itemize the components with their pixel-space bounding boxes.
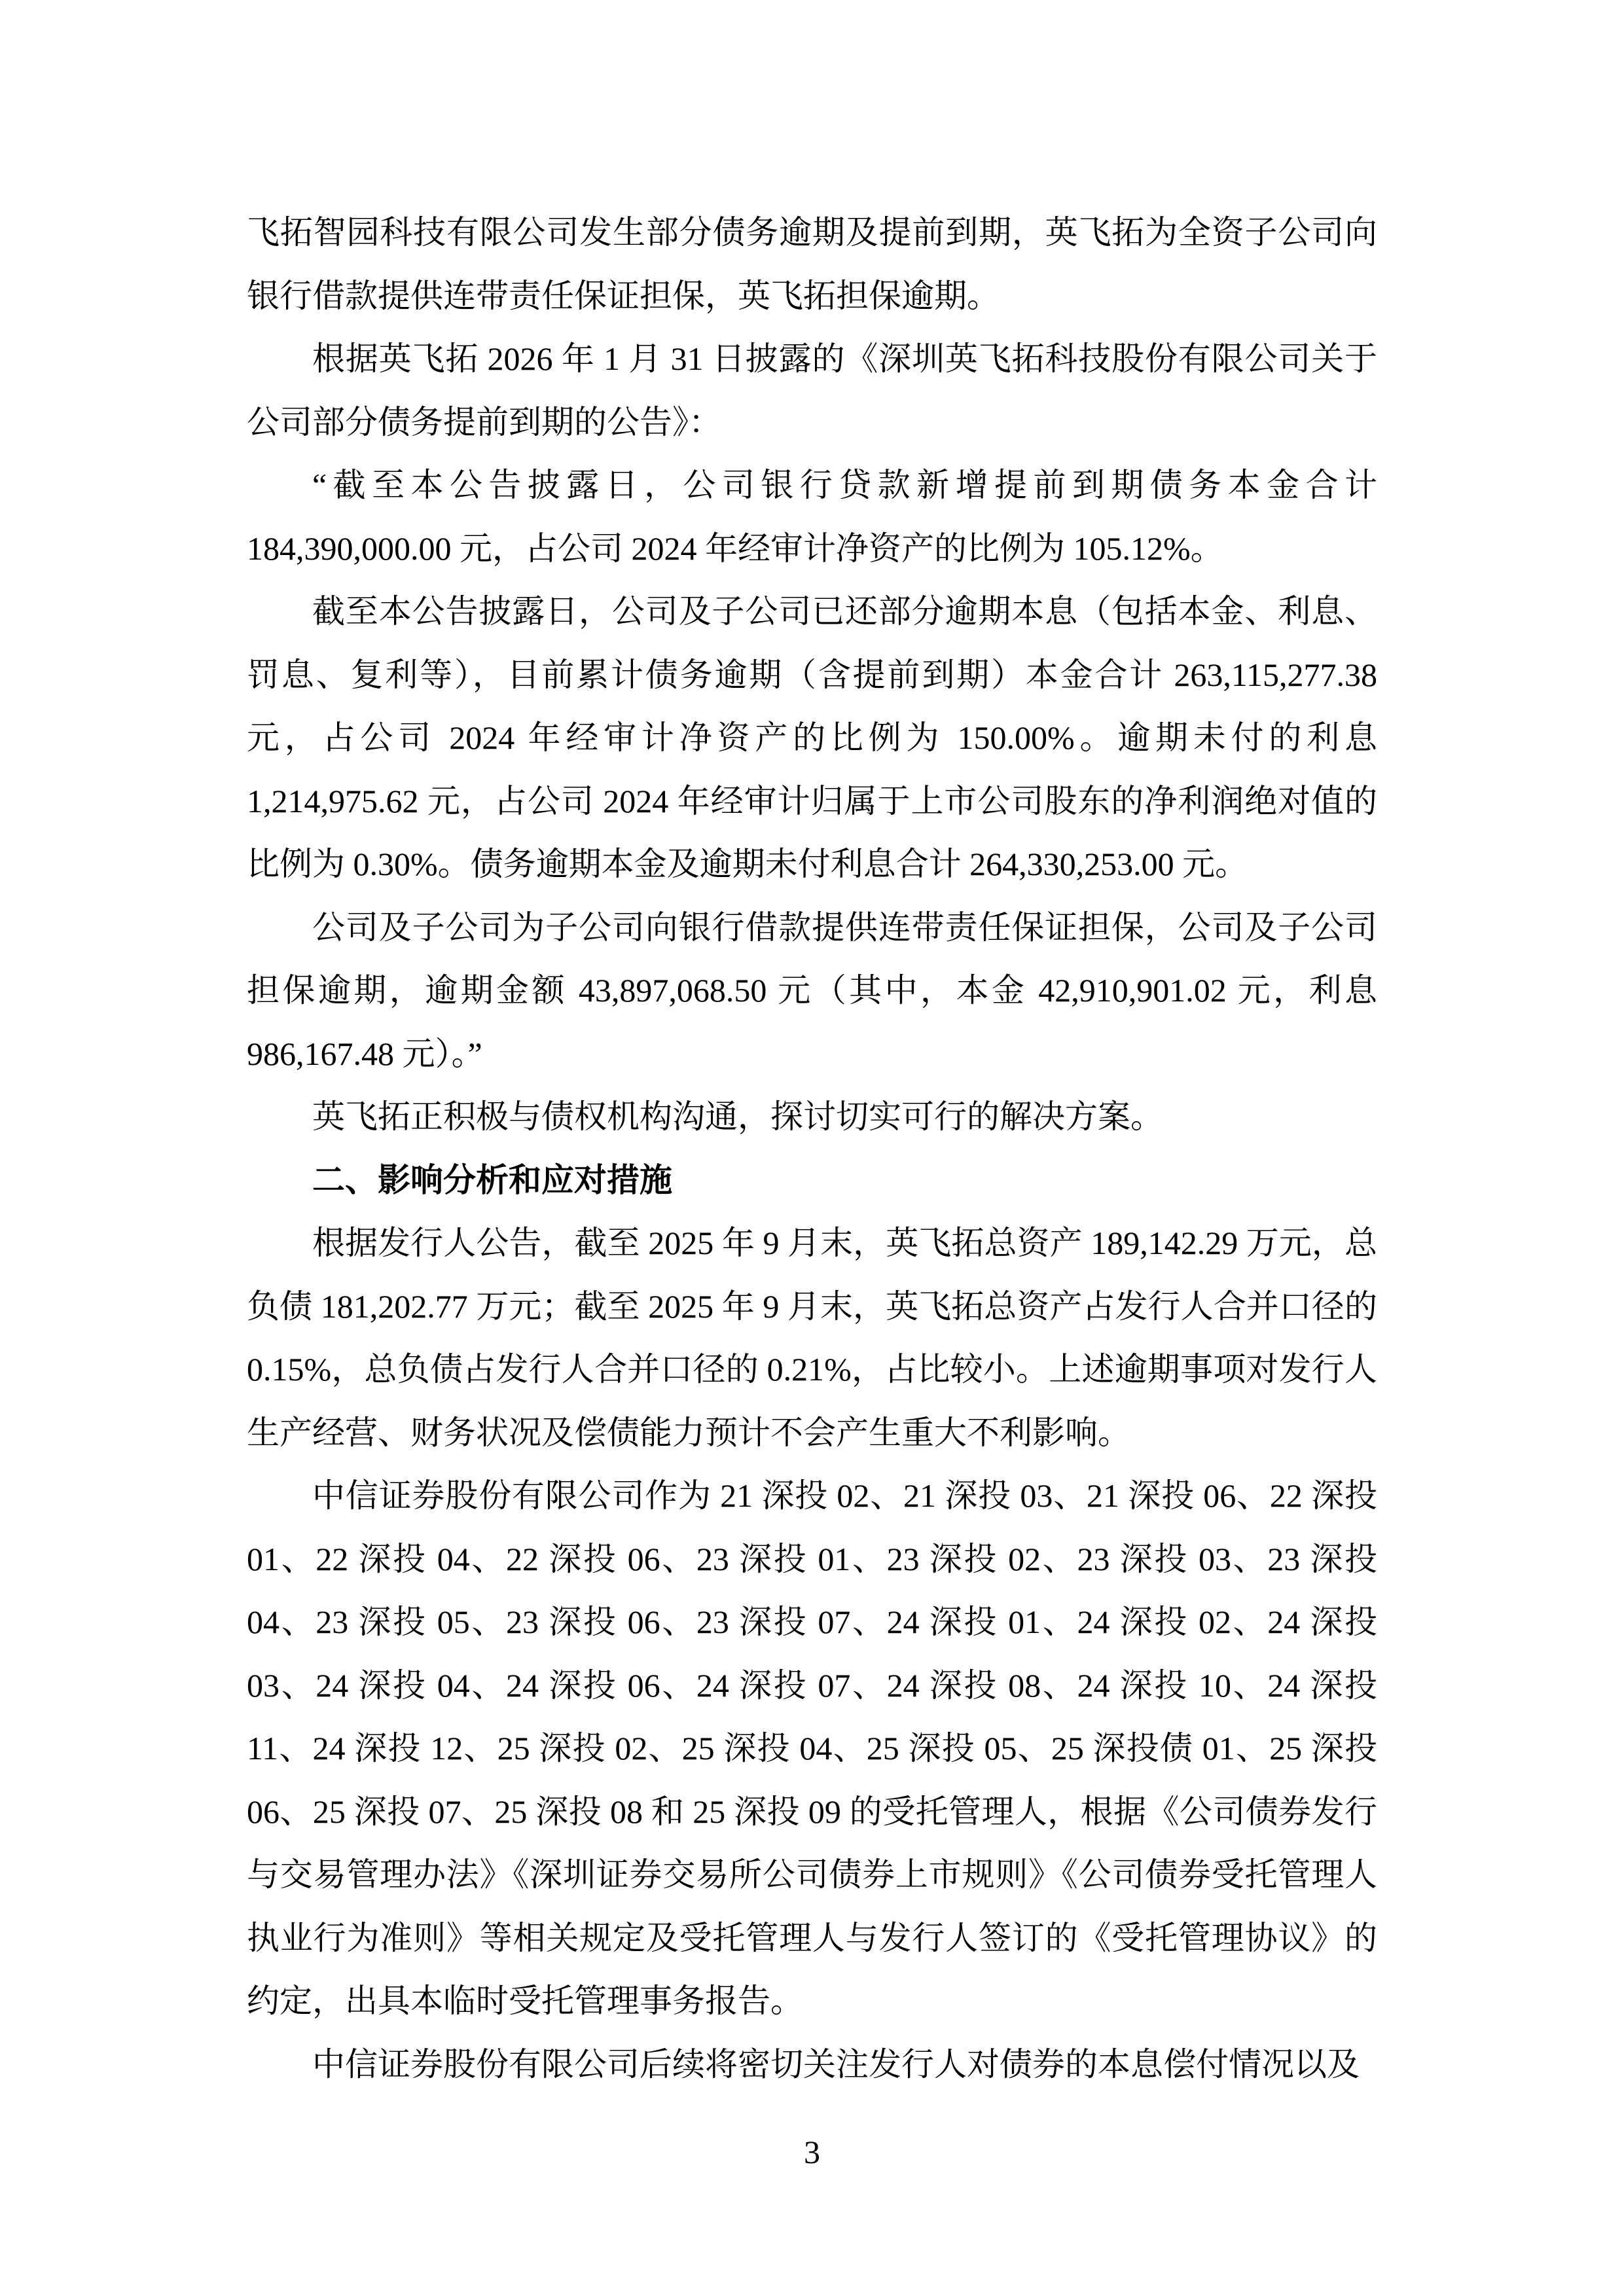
paragraph-quote-new-matured-debt: “截至本公告披露日，公司银行贷款新增提前到期债务本金合计 184,390,000… [247, 454, 1377, 580]
paragraph-trustee-follow-up: 中信证券股份有限公司后续将密切关注发行人对债券的本息偿付情况以及 [247, 2033, 1377, 2096]
paragraph-guarantee-overdue-continuation: 飞拓智园科技有限公司发生部分债务逾期及提前到期，英飞拓为全资子公司向银行借款提供… [247, 201, 1377, 327]
report-body: 飞拓智园科技有限公司发生部分债务逾期及提前到期，英飞拓为全资子公司向银行借款提供… [247, 201, 1377, 2096]
page-number: 3 [0, 2121, 1624, 2183]
paragraph-quote-overdue-principal-interest: 截至本公告披露日，公司及子公司已还部分逾期本息（包括本金、利息、罚息、复利等），… [247, 580, 1377, 896]
paragraph-issuer-financial-figures: 根据发行人公告，截至 2025 年 9 月末，英飞拓总资产 189,142.29… [247, 1211, 1377, 1464]
document-page: { "document": { "paragraphs": [ "飞拓智园科技有… [0, 0, 1624, 2296]
paragraph-quote-guarantee-overdue-amount: 公司及子公司为子公司向银行借款提供连带责任保证担保，公司及子公司担保逾期，逾期金… [247, 896, 1377, 1086]
section-heading-impact-analysis: 二、影响分析和应对措施 [247, 1149, 1377, 1212]
paragraph-trustee-bond-list: 中信证券股份有限公司作为 21 深投 02、21 深投 03、21 深投 06、… [247, 1464, 1377, 2033]
paragraph-announcement-reference: 根据英飞拓 2026 年 1 月 31 日披露的《深圳英飞拓科技股份有限公司关于… [247, 327, 1377, 454]
paragraph-communication-with-creditors: 英飞拓正积极与债权机构沟通，探讨切实可行的解决方案。 [247, 1085, 1377, 1149]
